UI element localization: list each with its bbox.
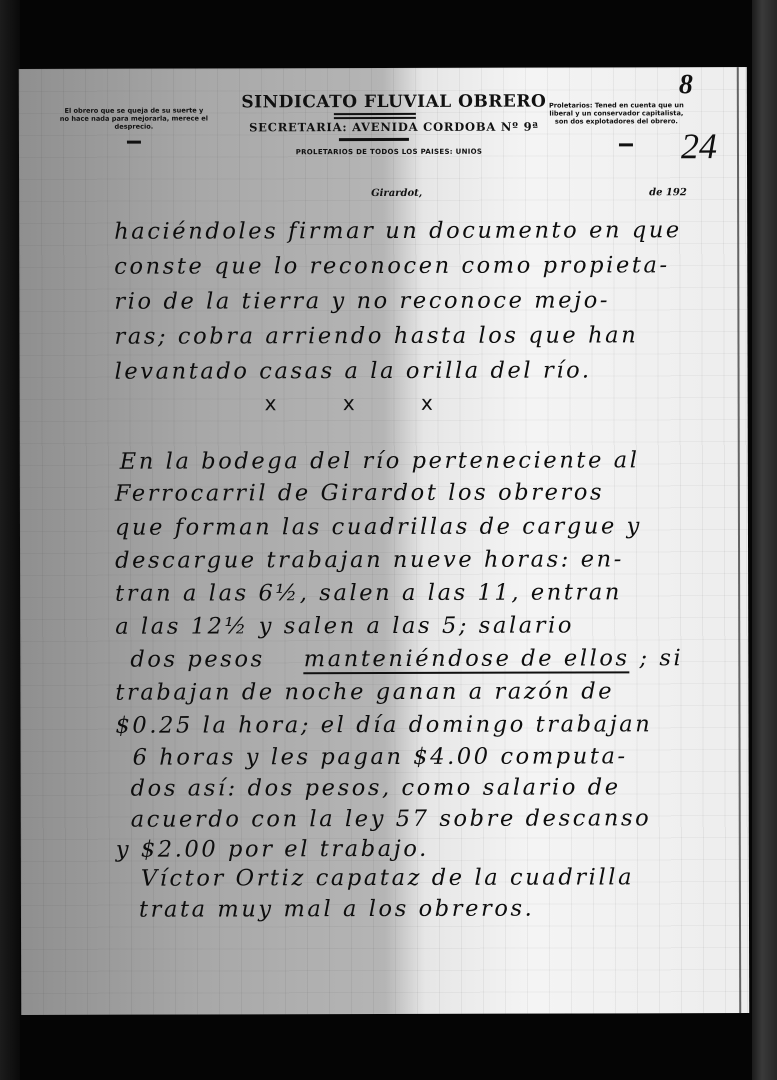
- handwritten-line: trabajan de noche ganan a razón de: [115, 678, 745, 706]
- handwritten-line: Ferrocarril de Girardot los obreros: [115, 479, 745, 507]
- handwritten-line: 6 horas y les pagan $4.00 computa-: [133, 743, 750, 771]
- handwritten-line: rio de la tierra y no reconoce mejo-: [114, 287, 744, 315]
- handwritten-line: dos así: dos pesos, como salario de: [131, 774, 750, 802]
- address-rule: [339, 138, 409, 141]
- handwritten-line: que forman las cuadrillas de cargue y: [115, 513, 745, 541]
- place-label: Girardot,: [371, 188, 422, 199]
- handwritten-line: a las 12½ y salen a las 5; salario: [115, 612, 745, 640]
- letterhead-quote-left: El obrero que se queja de su suerte y no…: [59, 106, 209, 130]
- letterhead-address: SECRETARIA: AVENIDA CORDOBA Nº 9ª: [224, 120, 564, 135]
- handwritten-line: $0.25 la hora; el día domingo trabajan: [115, 711, 745, 739]
- handwritten-line: ras; cobra arriendo hasta los que han: [114, 322, 744, 350]
- date-label: de 192: [649, 187, 687, 198]
- handwritten-line: En la bodega del río perteneciente al: [120, 447, 749, 475]
- handwritten-line: descargue trabajan nueve horas: en-: [115, 546, 745, 574]
- title-rule: [334, 113, 416, 115]
- salary-text: dos pesos: [130, 646, 264, 672]
- underlined-phrase: manteniéndose de ellos: [304, 645, 630, 674]
- handwritten-line: haciéndoles firmar un documento en que: [114, 217, 744, 245]
- title-rule-2: [334, 117, 416, 119]
- scan-edge-left: [0, 0, 20, 1080]
- handwritten-line: trata muy mal a los obreros.: [139, 895, 749, 923]
- section-separator: x x x: [265, 391, 463, 416]
- document-page: 8 24 El obrero que se queja de su suerte…: [19, 67, 749, 1015]
- handwritten-line: dos pesos manteniéndose de ellos ; si: [130, 645, 749, 673]
- handwritten-line: tran a las 6½, salen a las 11, entran: [115, 579, 745, 607]
- handwritten-line: acuerdo con la ley 57 sobre descanso: [131, 805, 750, 833]
- letterhead-quote-right: Proletarios: Tened en cuenta que un libe…: [549, 101, 684, 125]
- quote-left-dash: [127, 141, 141, 144]
- handwritten-line: Víctor Ortiz capataz de la cuadrilla: [141, 864, 749, 892]
- handwritten-line: y $2.00 por el trabajo.: [116, 835, 746, 863]
- handwritten-line: conste que lo reconocen como propieta-: [114, 252, 744, 280]
- salary-text-end: ; si: [639, 645, 683, 671]
- letterhead-motto: PROLETARIOS DE TODOS LOS PAISES: UNIOS: [259, 148, 519, 157]
- scan-edge-right: [752, 0, 777, 1080]
- quote-right-dash: [619, 143, 633, 146]
- folio-top-number: 8: [679, 69, 693, 101]
- letterhead-title: SINDICATO FLUVIAL OBRERO: [234, 92, 554, 113]
- folio-number: 24: [681, 125, 717, 167]
- handwritten-line: levantado casas a la orilla del río.: [115, 357, 745, 385]
